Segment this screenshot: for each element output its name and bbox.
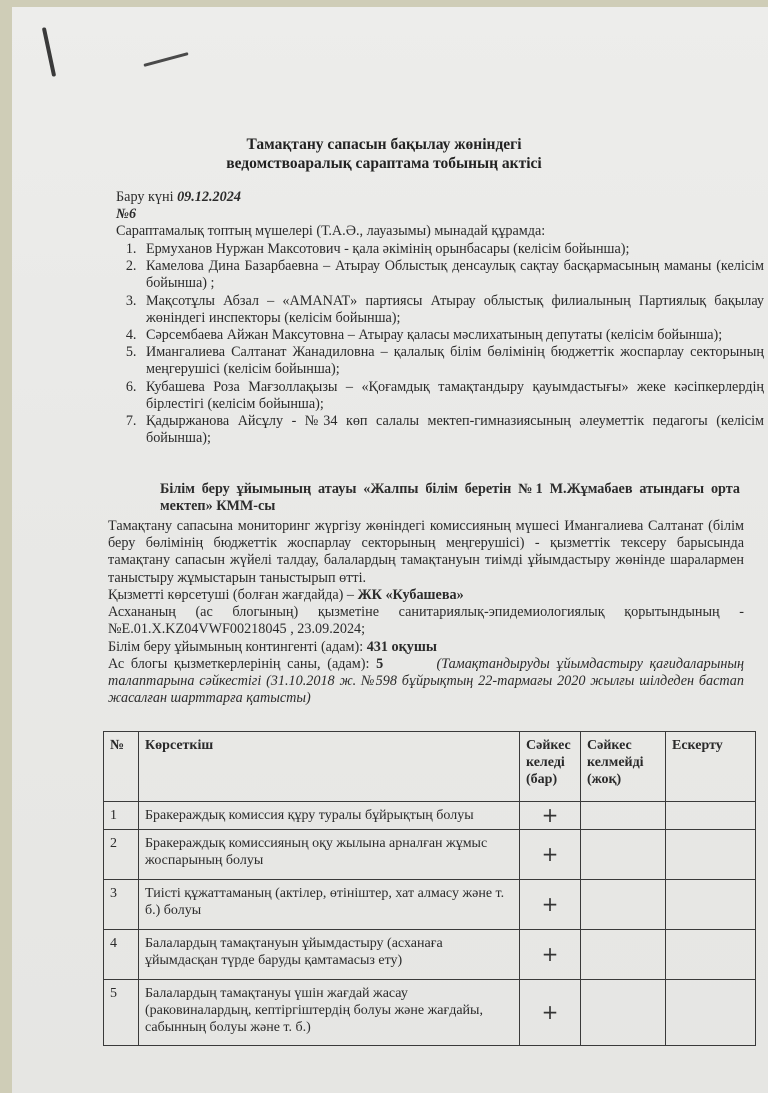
note-cell[interactable] (666, 880, 756, 930)
member-item: Кубашева Роза Мағзоллақызы – «Қоғамдық т… (140, 379, 764, 413)
provider-line: Қызметті көрсетуші (болған жағдайда) – Ж… (108, 587, 744, 604)
table-row: 4 Балалардың тамақтануын ұйымдастыру (ас… (104, 930, 756, 980)
header-complies: Сәйкес келеді (бар) (520, 732, 581, 802)
contingent-label: Білім беру ұйымының контингенті (адам): (108, 639, 367, 655)
row-indicator: Балалардың тамақтануы үшін жағдай жасау … (139, 980, 520, 1046)
inspection-table: № Көрсеткіш Сәйкес келеді (бар) Сәйкес к… (103, 731, 756, 1046)
member-item: Қадыржанова Айсұлу - №34 көп салалы мект… (140, 413, 764, 447)
complies-mark[interactable]: + (520, 830, 581, 880)
not-complies-cell[interactable] (581, 830, 666, 880)
row-number: 2 (104, 830, 139, 880)
member-item: Сәрсембаева Айжан Максутовна – Атырау қа… (140, 327, 764, 344)
members-list: Ермуханов Нуржан Максотович - қала әкімі… (116, 241, 764, 447)
visit-date-label: Бару күні (116, 189, 177, 205)
staff-label: Ас блогы қызметкерлерінің саны, (адам): (108, 656, 376, 672)
complies-mark[interactable]: + (520, 980, 581, 1046)
member-item: Мақсотұлы Абзал – «AMANAT» партиясы Атыр… (140, 293, 764, 327)
table-row: 1 Бракераждық комиссия құру туралы бұйры… (104, 802, 756, 830)
monitoring-paragraph: Тамақтану сапасына мониторинг жүргізу жө… (108, 518, 744, 587)
note-cell[interactable] (666, 802, 756, 830)
row-number: 1 (104, 802, 139, 830)
act-number: №6 (116, 206, 136, 223)
title-line-1: Тамақтану сапасын бақылау жөніндегі (0, 135, 768, 154)
note-cell[interactable] (666, 980, 756, 1046)
note-cell[interactable] (666, 830, 756, 880)
complies-mark[interactable]: + (520, 880, 581, 930)
member-item: Имангалиева Салтанат Жанадиловна – қалал… (140, 344, 764, 378)
header-indicator: Көрсеткіш (139, 732, 520, 802)
not-complies-cell[interactable] (581, 880, 666, 930)
members-intro: Сараптамалық топтың мүшелері (Т.А.Ә., ла… (116, 223, 545, 240)
not-complies-cell[interactable] (581, 980, 666, 1046)
row-indicator: Тиісті құжаттаманың (актілер, өтініштер,… (139, 880, 520, 930)
row-indicator: Балалардың тамақтануын ұйымдастыру (асха… (139, 930, 520, 980)
provider-label: Қызметті көрсетуші (болған жағдайда) – (108, 587, 358, 603)
organization-name: Білім беру ұйымының атауы «Жалпы білім б… (160, 481, 740, 515)
header-number: № (104, 732, 139, 802)
sanitary-conclusion: Асхананың (ас блогының) қызметіне санита… (108, 604, 744, 638)
table-row: 5 Балалардың тамақтануы үшін жағдай жаса… (104, 980, 756, 1046)
provider-value: ЖК «Кубашева» (358, 587, 464, 603)
row-number: 4 (104, 930, 139, 980)
visit-date: 09.12.2024 (177, 189, 241, 205)
note-cell[interactable] (666, 930, 756, 980)
header-note: Ескерту (666, 732, 756, 802)
table-row: 3 Тиісті құжаттаманың (актілер, өтініште… (104, 880, 756, 930)
not-complies-cell[interactable] (581, 802, 666, 830)
row-indicator: Бракераждық комиссияның оқу жылына арнал… (139, 830, 520, 880)
document-title: Тамақтану сапасын бақылау жөніндегі ведо… (0, 135, 768, 173)
row-number: 3 (104, 880, 139, 930)
visit-date-line: Бару күні 09.12.2024 (116, 189, 241, 206)
table-row: 2 Бракераждық комиссияның оқу жылына арн… (104, 830, 756, 880)
table-header-row: № Көрсеткіш Сәйкес келеді (бар) Сәйкес к… (104, 732, 756, 802)
staff-value: 5 (376, 656, 383, 672)
member-item: Камелова Дина Базарбаевна – Атырау Облыс… (140, 258, 764, 292)
not-complies-cell[interactable] (581, 930, 666, 980)
contingent-line: Білім беру ұйымының контингенті (адам): … (108, 639, 744, 656)
contingent-value: 431 оқушы (367, 639, 437, 655)
staff-line: Ас блогы қызметкерлерінің саны, (адам): … (108, 656, 744, 708)
complies-mark[interactable]: + (520, 802, 581, 830)
row-indicator: Бракераждық комиссия құру туралы бұйрықт… (139, 802, 520, 830)
header-not-complies: Сәйкес келмейді (жоқ) (581, 732, 666, 802)
complies-mark[interactable]: + (520, 930, 581, 980)
title-line-2: ведомствоаралық сараптама тобының актісі (0, 154, 768, 173)
member-item: Ермуханов Нуржан Максотович - қала әкімі… (140, 241, 764, 258)
row-number: 5 (104, 980, 139, 1046)
